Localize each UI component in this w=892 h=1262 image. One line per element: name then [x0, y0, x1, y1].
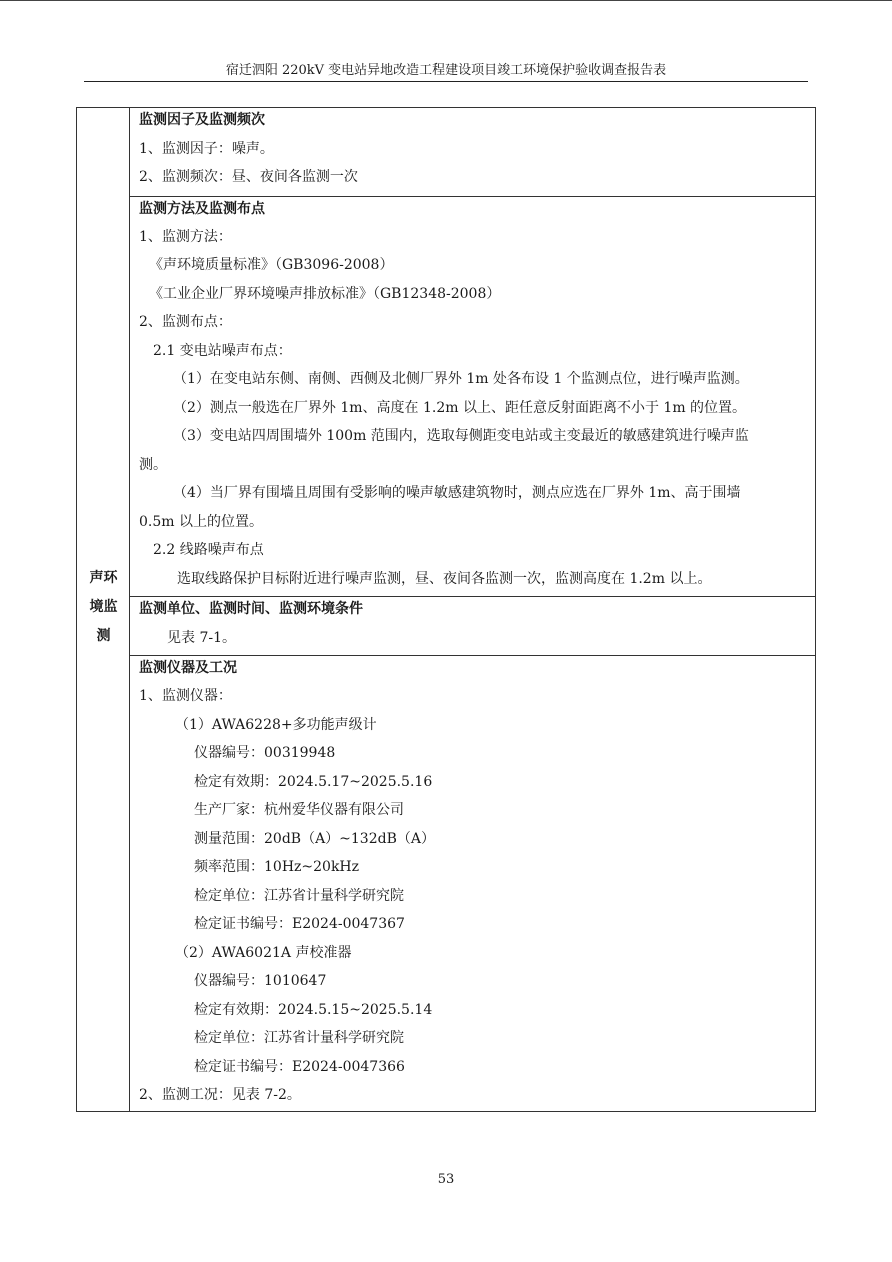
side-category-label: 声环 境监 测	[77, 564, 130, 651]
text-line: 检定证书编号：E2024-0047366	[194, 1057, 405, 1077]
section-heading: 监测方法及监测布点	[139, 199, 265, 219]
content-column: 监测因子及监测频次 1、监测因子：噪声。 2、监测频次：昼、夜间各监测一次 监测…	[130, 108, 815, 1111]
side-label-line: 声环	[77, 564, 130, 593]
text-line: 测。	[139, 455, 167, 475]
text-line: 2、监测工况：见表 7-2。	[139, 1085, 301, 1105]
text-line: （1）在变电站东侧、南侧、西侧及北侧厂界外 1m 处各布设 1 个监测点位，进行…	[173, 369, 749, 389]
text-line: 2、监测频次：昼、夜间各监测一次	[139, 167, 358, 187]
text-line: 1、监测方法：	[139, 227, 232, 247]
page-top-border	[0, 0, 892, 1]
text-line: 检定单位：江苏省计量科学研究院	[194, 886, 404, 906]
text-line: 2.2 线路噪声布点	[153, 540, 264, 560]
text-line: 检定单位：江苏省计量科学研究院	[194, 1028, 404, 1048]
text-line: 检定证书编号：E2024-0047367	[194, 914, 405, 934]
side-label-line: 测	[77, 622, 130, 651]
text-line: （1）AWA6228+多功能声级计	[175, 715, 377, 735]
text-line: 2.1 变电站噪声布点：	[153, 341, 292, 361]
text-line: 选取线路保护目标附近进行噪声监测，昼、夜间各监测一次，监测高度在 1.2m 以上…	[177, 569, 711, 589]
section-heading: 监测因子及监测频次	[139, 110, 265, 130]
section-monitoring-unit: 监测单位、监测时间、监测环境条件 见表 7-1。	[130, 597, 815, 656]
text-line: 测量范围：20dB（A）~132dB（A）	[194, 829, 435, 849]
side-category-cell: 声环 境监 测	[77, 108, 130, 1111]
text-line: 仪器编号：1010647	[194, 971, 326, 991]
text-line: 1、监测仪器：	[139, 686, 232, 706]
text-line: 见表 7-1。	[167, 628, 236, 648]
section-heading: 监测仪器及工况	[139, 658, 237, 678]
section-heading: 监测单位、监测时间、监测环境条件	[139, 599, 363, 619]
text-line: （3）变电站四周围墙外 100m 范围内，选取每侧距变电站或主变最近的敏感建筑进…	[173, 426, 749, 446]
text-line: （2）AWA6021A 声校准器	[175, 943, 351, 963]
text-line: 《声环境质量标准》（GB3096-2008）	[149, 255, 393, 275]
text-line: （4）当厂界有围墙且周围有受影响的噪声敏感建筑物时，测点应选在厂界外 1m、高于…	[173, 483, 741, 503]
text-line: 0.5m 以上的位置。	[139, 512, 263, 532]
section-monitoring-factors: 监测因子及监测频次 1、监测因子：噪声。 2、监测频次：昼、夜间各监测一次	[130, 108, 815, 197]
section-monitoring-instruments: 监测仪器及工况 1、监测仪器： （1）AWA6228+多功能声级计 仪器编号：0…	[130, 656, 815, 1113]
text-line: 1、监测因子：噪声。	[139, 139, 274, 159]
monitoring-table: 声环 境监 测 监测因子及监测频次 1、监测因子：噪声。 2、监测频次：昼、夜间…	[76, 107, 816, 1112]
text-line: 仪器编号：00319948	[194, 743, 335, 763]
text-line: （2）测点一般选在厂界外 1m、高度在 1.2m 以上、距任意反射面距离不小于 …	[173, 398, 746, 418]
text-line: 2、监测布点：	[139, 312, 232, 332]
header-divider	[84, 81, 808, 82]
text-line: 检定有效期：2024.5.17~2025.5.16	[194, 772, 432, 792]
text-line: 生产厂家：杭州爱华仪器有限公司	[194, 800, 404, 820]
text-line: 频率范围：10Hz~20kHz	[194, 857, 359, 877]
text-line: 《工业企业厂界环境噪声排放标准》（GB12348-2008）	[149, 284, 500, 304]
side-label-line: 境监	[77, 593, 130, 622]
page-number: 53	[0, 1172, 892, 1187]
text-line: 检定有效期：2024.5.15~2025.5.14	[194, 1000, 432, 1020]
section-monitoring-methods: 监测方法及监测布点 1、监测方法： 《声环境质量标准》（GB3096-2008）…	[130, 197, 815, 597]
document-header-title: 宿迁泗阳 220kV 变电站异地改造工程建设项目竣工环境保护验收调查报告表	[84, 62, 808, 80]
